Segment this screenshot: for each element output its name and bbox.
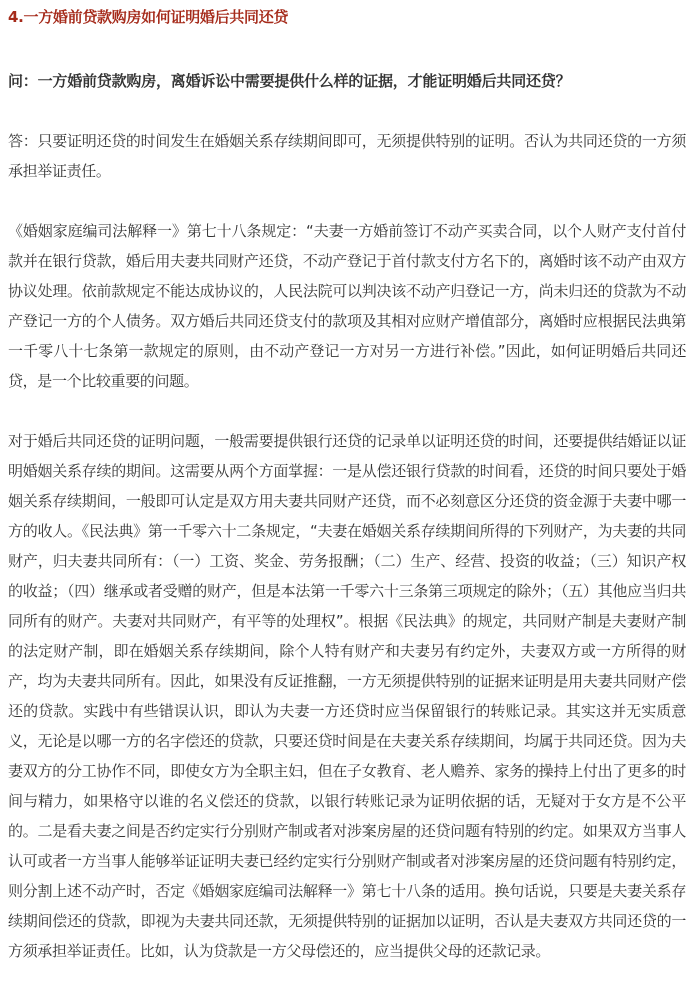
section-heading: 4.一方婚前贷款购房如何证明婚后共同还贷 (8, 0, 686, 29)
analysis-paragraph: 对于婚后共同还贷的证明问题，一般需要提供银行还贷的记录单以证明还贷的时间，还要提… (8, 426, 686, 966)
answer-paragraph: 答：只要证明还贷的时间发生在婚姻关系存续期间即可，无须提供特别的证明。否认为共同… (8, 126, 686, 186)
law-quote-paragraph: 《婚姻家庭编司法解释一》第七十八条规定：“夫妻一方婚前签订不动产买卖合同，以个人… (8, 216, 686, 396)
article: 4.一方婚前贷款购房如何证明婚后共同还贷 问：一方婚前贷款购房，离婚诉讼中需要提… (0, 0, 694, 966)
question-text: 问：一方婚前贷款购房，离婚诉讼中需要提供什么样的证据，才能证明婚后共同还贷？ (8, 69, 686, 93)
